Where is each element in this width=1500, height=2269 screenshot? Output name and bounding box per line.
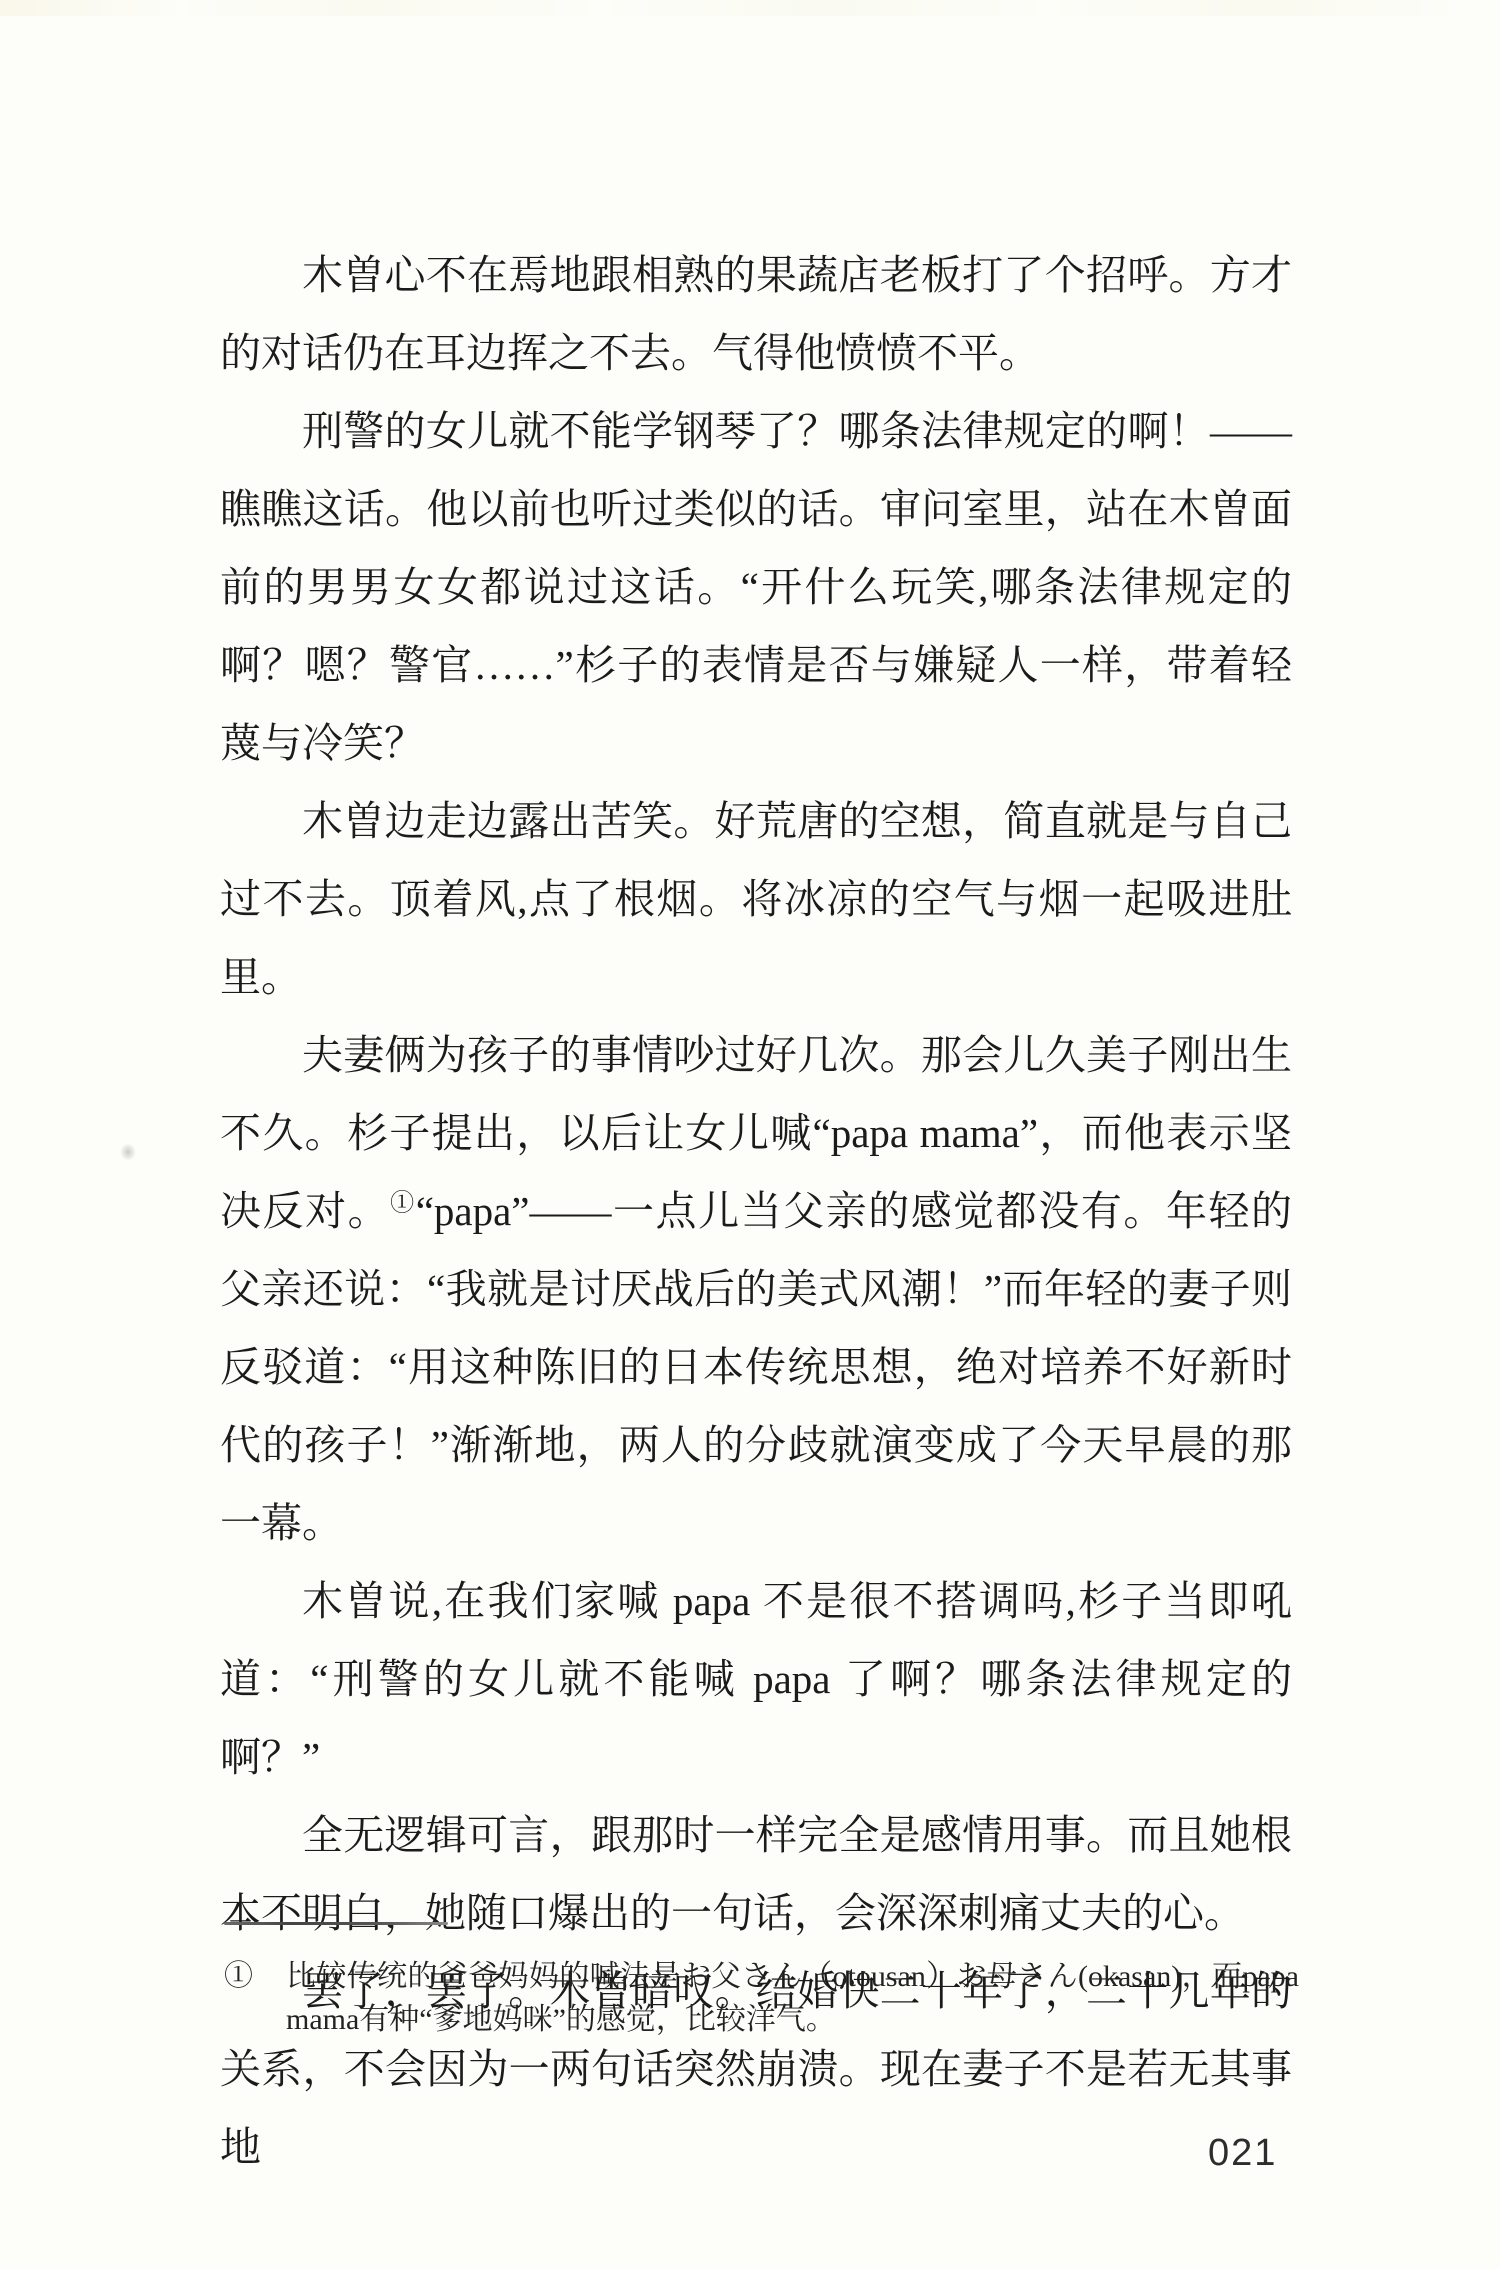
footnote-reference-mark: ① [390,1190,416,1216]
footnote-divider [224,1922,448,1925]
footnote-text: 比较传统的爸爸妈妈的喊法是お父さん（otousan）お母さん(okasan)，而… [286,1955,1299,2041]
paragraph-3: 木曽边走边露出苦笑。好荒唐的空想，简直就是与自己过不去。顶着风,点了根烟。将冰凉… [220,782,1292,1016]
scan-artifact-top-edge [0,0,1500,16]
footnote-marker: ① [224,1955,286,1998]
paragraph-6: 全无逻辑可言，跟那时一样完全是感情用事。而且她根本不明白，她随口爆出的一句话，会… [220,1796,1292,1952]
footnote: ① 比较传统的爸爸妈妈的喊法是お父さん（otousan）お母さん(okasan)… [224,1955,1299,2041]
paragraph-5: 木曽说,在我们家喊 papa 不是很不搭调吗,杉子当即吼道：“刑警的女儿就不能喊… [220,1562,1292,1796]
page-number: 021 [1208,2132,1277,2175]
paragraph-4: 夫妻俩为孩子的事情吵过好几次。那会儿久美子刚出生不久。杉子提出，以后让女儿喊“p… [220,1016,1292,1562]
paragraph-4-text-continued: “papa”——一点儿当父亲的感觉都没有。年轻的父亲还说：“我就是讨厌战后的美式… [220,1188,1292,1546]
page-body-text: 木曽心不在焉地跟相熟的果蔬店老板打了个招呼。方才的对话仍在耳边挥之不去。气得他愤… [220,236,1292,2186]
paragraph-1: 木曽心不在焉地跟相熟的果蔬店老板打了个招呼。方才的对话仍在耳边挥之不去。气得他愤… [220,236,1292,392]
book-page: 木曽心不在焉地跟相熟的果蔬店老板打了个招呼。方才的对话仍在耳边挥之不去。气得他愤… [0,0,1500,2269]
scan-smudge [120,1143,136,1161]
paragraph-2: 刑警的女儿就不能学钢琴了？哪条法律规定的啊！——瞧瞧这话。他以前也听过类似的话。… [220,392,1292,782]
